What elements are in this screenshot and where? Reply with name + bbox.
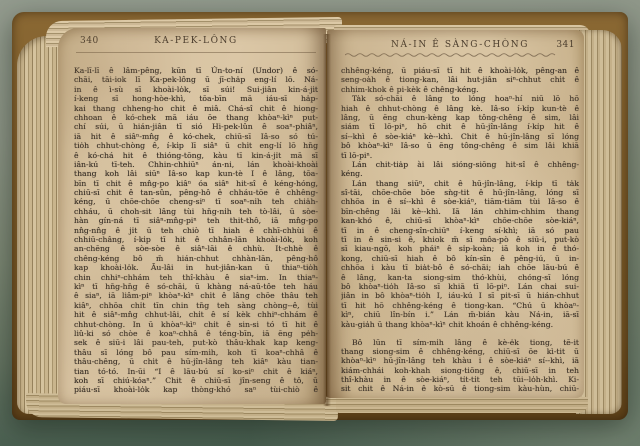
text-line: í-keng sī hong-hòe-khì, tōa-bīn mā iáu-s… xyxy=(74,94,318,103)
text-line: tī lō-piⁿ. xyxy=(341,151,579,160)
text-line: kàu-gia̍h ū thang khòaⁿ-kìⁿ chit khoán ê… xyxy=(341,320,579,329)
text-line: sí--khì ê sòe-kiáⁿ kè--khì. Chit ê hū-jî… xyxy=(341,132,579,141)
text-line: khòaⁿ-kìⁿ hū-jîn-lâng teh khàu i ê sòe-k… xyxy=(341,356,579,365)
text-line: Bô lūn tī sím-mi̍h lâng ê kè-e̍k tiong, … xyxy=(341,338,579,347)
text-line: chhōa in ê sí--khì ê sòe-kiáⁿ, tiām-tiām… xyxy=(341,197,579,206)
text-line: kìⁿ, chiū lîn-bín i.” Lán m̄-bián kàu Ná… xyxy=(341,310,579,319)
text-line: siám tī lō-piⁿ, hō chit ê hū-jîn-lâng í-… xyxy=(341,122,579,131)
text-line: kap khoài-lo̍k. Āu-lâi in hut-jiân-kan ū… xyxy=(74,263,318,272)
left-page-number: 340 xyxy=(80,36,99,46)
header-wavy-rule xyxy=(345,52,561,58)
text-line: tī in ê sin-si ê, khiok m̄ sī môa-pò ê s… xyxy=(341,235,579,244)
text-line: chhêng-kéng, ū piáu-sī tī hit ê khoài-lo… xyxy=(341,66,579,75)
text-line: ê lâng, kan-ta siong-sim thó-khùi, chóng… xyxy=(341,273,579,282)
page-edges-bottom-right xyxy=(336,397,588,413)
text-line: chhoan ê kó-chek mā iáu ōe thang khòaⁿ-k… xyxy=(74,113,318,122)
text-line: iā hit ê siâⁿ-mn̂g ê kó-chek, chiū-sī Iâ… xyxy=(74,132,318,141)
text-line: kong, chiū-sī hiah ê bô kín-sīn ê pêng-i… xyxy=(341,254,579,263)
text-line: sī kiau-ngō, koh pháiⁿ ê si̍p-koàn; iā k… xyxy=(341,244,579,253)
text-line: kan-khó ê, chiū-sī khòaⁿ-kìⁿ chōe-chōe s… xyxy=(341,216,579,225)
text-line: jiân in bô khòaⁿ-tio̍h I, iáu-kú I sī pi… xyxy=(341,291,579,300)
text-line: bô khòaⁿ-tio̍h Iâ-so sī khiā tī lō-piⁿ. … xyxy=(341,282,579,291)
text-line: chêng-kéng bô m̄ hián-chhut chhàn-lān, p… xyxy=(74,254,318,263)
text-line: ê siaⁿ, iā liâm-piⁿ khòaⁿ-kìⁿ chi̍t ê lâ… xyxy=(74,291,318,300)
text-line: nn̂g-nn̂g ê ji̍t ū teh chiò tī hiah ê ch… xyxy=(74,226,318,235)
text-line: iân-kú tī-teh. Chhin-chhiūⁿ án-ni, lán k… xyxy=(74,160,318,169)
text-line: thâu-chêng, ū chi̍t ê hū-jîn-lâng teh ki… xyxy=(74,357,318,366)
text-line: kai thang chheng-ho chit ê miâ. Chá-sî c… xyxy=(74,104,318,113)
text-line: chhōa i kàu tī bia̍t-bô ê só-chāi; iah c… xyxy=(341,263,579,272)
text-line: hiah ê chhut-chòng ê lâng kè. Iâ-so í-ki… xyxy=(341,104,579,113)
text-line: chhut-chòng. In ū khòaⁿ-kìⁿ chi̍t ê sin-… xyxy=(74,320,318,329)
text-line: bô khòaⁿ-kìⁿ Iâ-so ū ēng tông-chêng ê si… xyxy=(341,141,579,150)
text-line: chí súi, ū hián-jiân tī sió Hi-pek-lûn ê… xyxy=(74,122,318,131)
text-line: Lán chit-tia̍p ài lâi sióng-siōng hit-sî… xyxy=(341,160,579,169)
text-line: hit ê siâⁿ-mn̂g chhut-lâi, chi̍t ê sí kè… xyxy=(74,310,318,319)
text-line: thî-khàu in ê sòe-kiáⁿ, ti̍t-ti̍t teh tū… xyxy=(341,375,579,384)
text-line: thâu sī lóng bô pau sím-mi̍h, koh tī koa… xyxy=(74,348,318,357)
text-line: sit chit ê Ná-in ê kò-sū ê tiong-sim kàu… xyxy=(341,384,579,393)
text-line: seng-oa̍h ê tiong-kan, lâi hut-jiân siⁿ-… xyxy=(341,75,579,84)
text-line: tī in ê cheng-sîn-chiūⁿ í-keng sí-khì; i… xyxy=(341,226,579,235)
text-line: sî-tāi, chōe-chōe bōe sǹg-tit ê hū-jîn-l… xyxy=(341,188,579,197)
left-page: 340 KA-PEK-LÔNG Ka-lī-lī ê lâm-pêng, kūn… xyxy=(58,28,326,404)
paragraph-gap xyxy=(341,329,579,338)
left-running-header: 340 KA-PEK-LÔNG xyxy=(74,35,318,49)
text-line: chiū-sī chit ê tan-sûn, pêng-hô ê chháu-… xyxy=(74,188,318,197)
text-line: bīn tī chit ê mn̂g-po kiâⁿ óa siâⁿ hit-s… xyxy=(74,179,318,188)
text-line: piáu-sī khoài-lo̍k kap thòng-khó saⁿ tùi… xyxy=(74,385,318,394)
text-line: in ê ì-sù sī khoài-lo̍k, sī súi! Sui-jiâ… xyxy=(74,85,318,94)
text-line: kìⁿ tī hn̄g-hn̄g ê só-chāi, ū khàng ná-a… xyxy=(74,282,318,291)
text-line: kéng, ū chōe-chōe cheng-siⁿ tī soaⁿ-ni̍h… xyxy=(74,197,318,206)
text-line: bīn-chêng lâi kè--khì. Iā lán chhim-chhi… xyxy=(341,207,579,216)
text-line: thang koh lâi siūⁿ Iâ-so kap kun-tè I ê … xyxy=(74,169,318,178)
text-line: Ta̍k só-chāi ê lâng to lóng hoaⁿ-hí niū … xyxy=(341,94,579,103)
text-line: an-chēng ê sòe-sòe ê siâⁿ-lāi ê chhù. It… xyxy=(74,244,318,253)
right-header-title: NÁ-IN Ê SÀNG-CHÒNG xyxy=(391,39,529,50)
text-line: sek ê siū-i lâi pau-teh, put-kò thâu-kha… xyxy=(74,338,318,347)
text-line: chin chhiⁿ-chhám teh thî-khàu ê siaⁿ-im.… xyxy=(74,273,318,282)
text-line: lâng, ū ēng chun-kèng kap tông-chêng ê s… xyxy=(341,113,579,122)
text-line: chāi, tāi-iok lī Ka-pek-lông ū jī-cha̍p … xyxy=(74,75,318,84)
text-line: tī hit hō chhêng-kéng ê tiong-kan. “Chú … xyxy=(341,301,579,310)
text-line: kéng. xyxy=(341,169,579,178)
text-line: tio̍h chhut-chòng ê, í-ki̍p lī siâⁿ ū ch… xyxy=(74,141,318,150)
right-page-text: chhêng-kéng, ū piáu-sī tī hit ê khoài-lo… xyxy=(341,66,579,394)
left-header-rule xyxy=(76,52,316,53)
text-line: chháu, ū choh-sit lâng tùi hn̄g-ni̍h teh… xyxy=(74,207,318,216)
text-line: kiâⁿ, chhōa chi̍t tīn chin tn̄g teh sàng… xyxy=(74,301,318,310)
text-line: kiám-chhái koh-khah siong-tiōng ê, chiū-… xyxy=(341,366,579,375)
text-line: tian tó-tó. In-ūi “I ê lāu-bú sí ko-siⁿ … xyxy=(74,367,318,376)
text-line: liû-ki só chòe ê koaⁿ-chhâ ê téng-bīn, i… xyxy=(74,329,318,338)
right-running-header: NÁ-IN Ê SÀNG-CHÒNG 341 xyxy=(341,39,579,53)
right-page: NÁ-IN Ê SÀNG-CHÒNG 341 chhêng-kéng, ū pi… xyxy=(327,30,584,398)
text-line: hàn gín-ná tī siâⁿ-mn̂g-piⁿ teh thit-thô… xyxy=(74,216,318,225)
text-line: koh sī chiú-kóaⁿ.” Chit ê chiū-sī jîn-se… xyxy=(74,376,318,385)
right-page-number: 341 xyxy=(556,40,575,50)
book-gutter xyxy=(323,34,331,406)
text-line: chhim-khok ê pi-kèk ê chêng-kéng. xyxy=(341,85,579,94)
text-line: ê kó-chá hit ê thióng-tōng, kàu tī kin-á… xyxy=(74,151,318,160)
text-line: thang siong-sim ê chhêng-kéng, chiū-sī ō… xyxy=(341,347,579,356)
text-line: chhiū-châng, í-ki̍p tī hit ê chhân-lān k… xyxy=(74,235,318,244)
text-line: Ka-lī-lī ê lâm-pêng, kūn tī Ún-to-ní (Un… xyxy=(74,66,318,75)
text-line: Lán thang siūⁿ, chit ê hū-jîn-lâng, í-ki… xyxy=(341,179,579,188)
left-page-text: Ka-lī-lī ê lâm-pêng, kūn tī Ún-to-ní (Un… xyxy=(74,66,318,395)
open-book: 340 KA-PEK-LÔNG Ka-lī-lī ê lâm-pêng, kūn… xyxy=(12,12,628,420)
left-header-title: KA-PEK-LÔNG xyxy=(154,35,238,46)
